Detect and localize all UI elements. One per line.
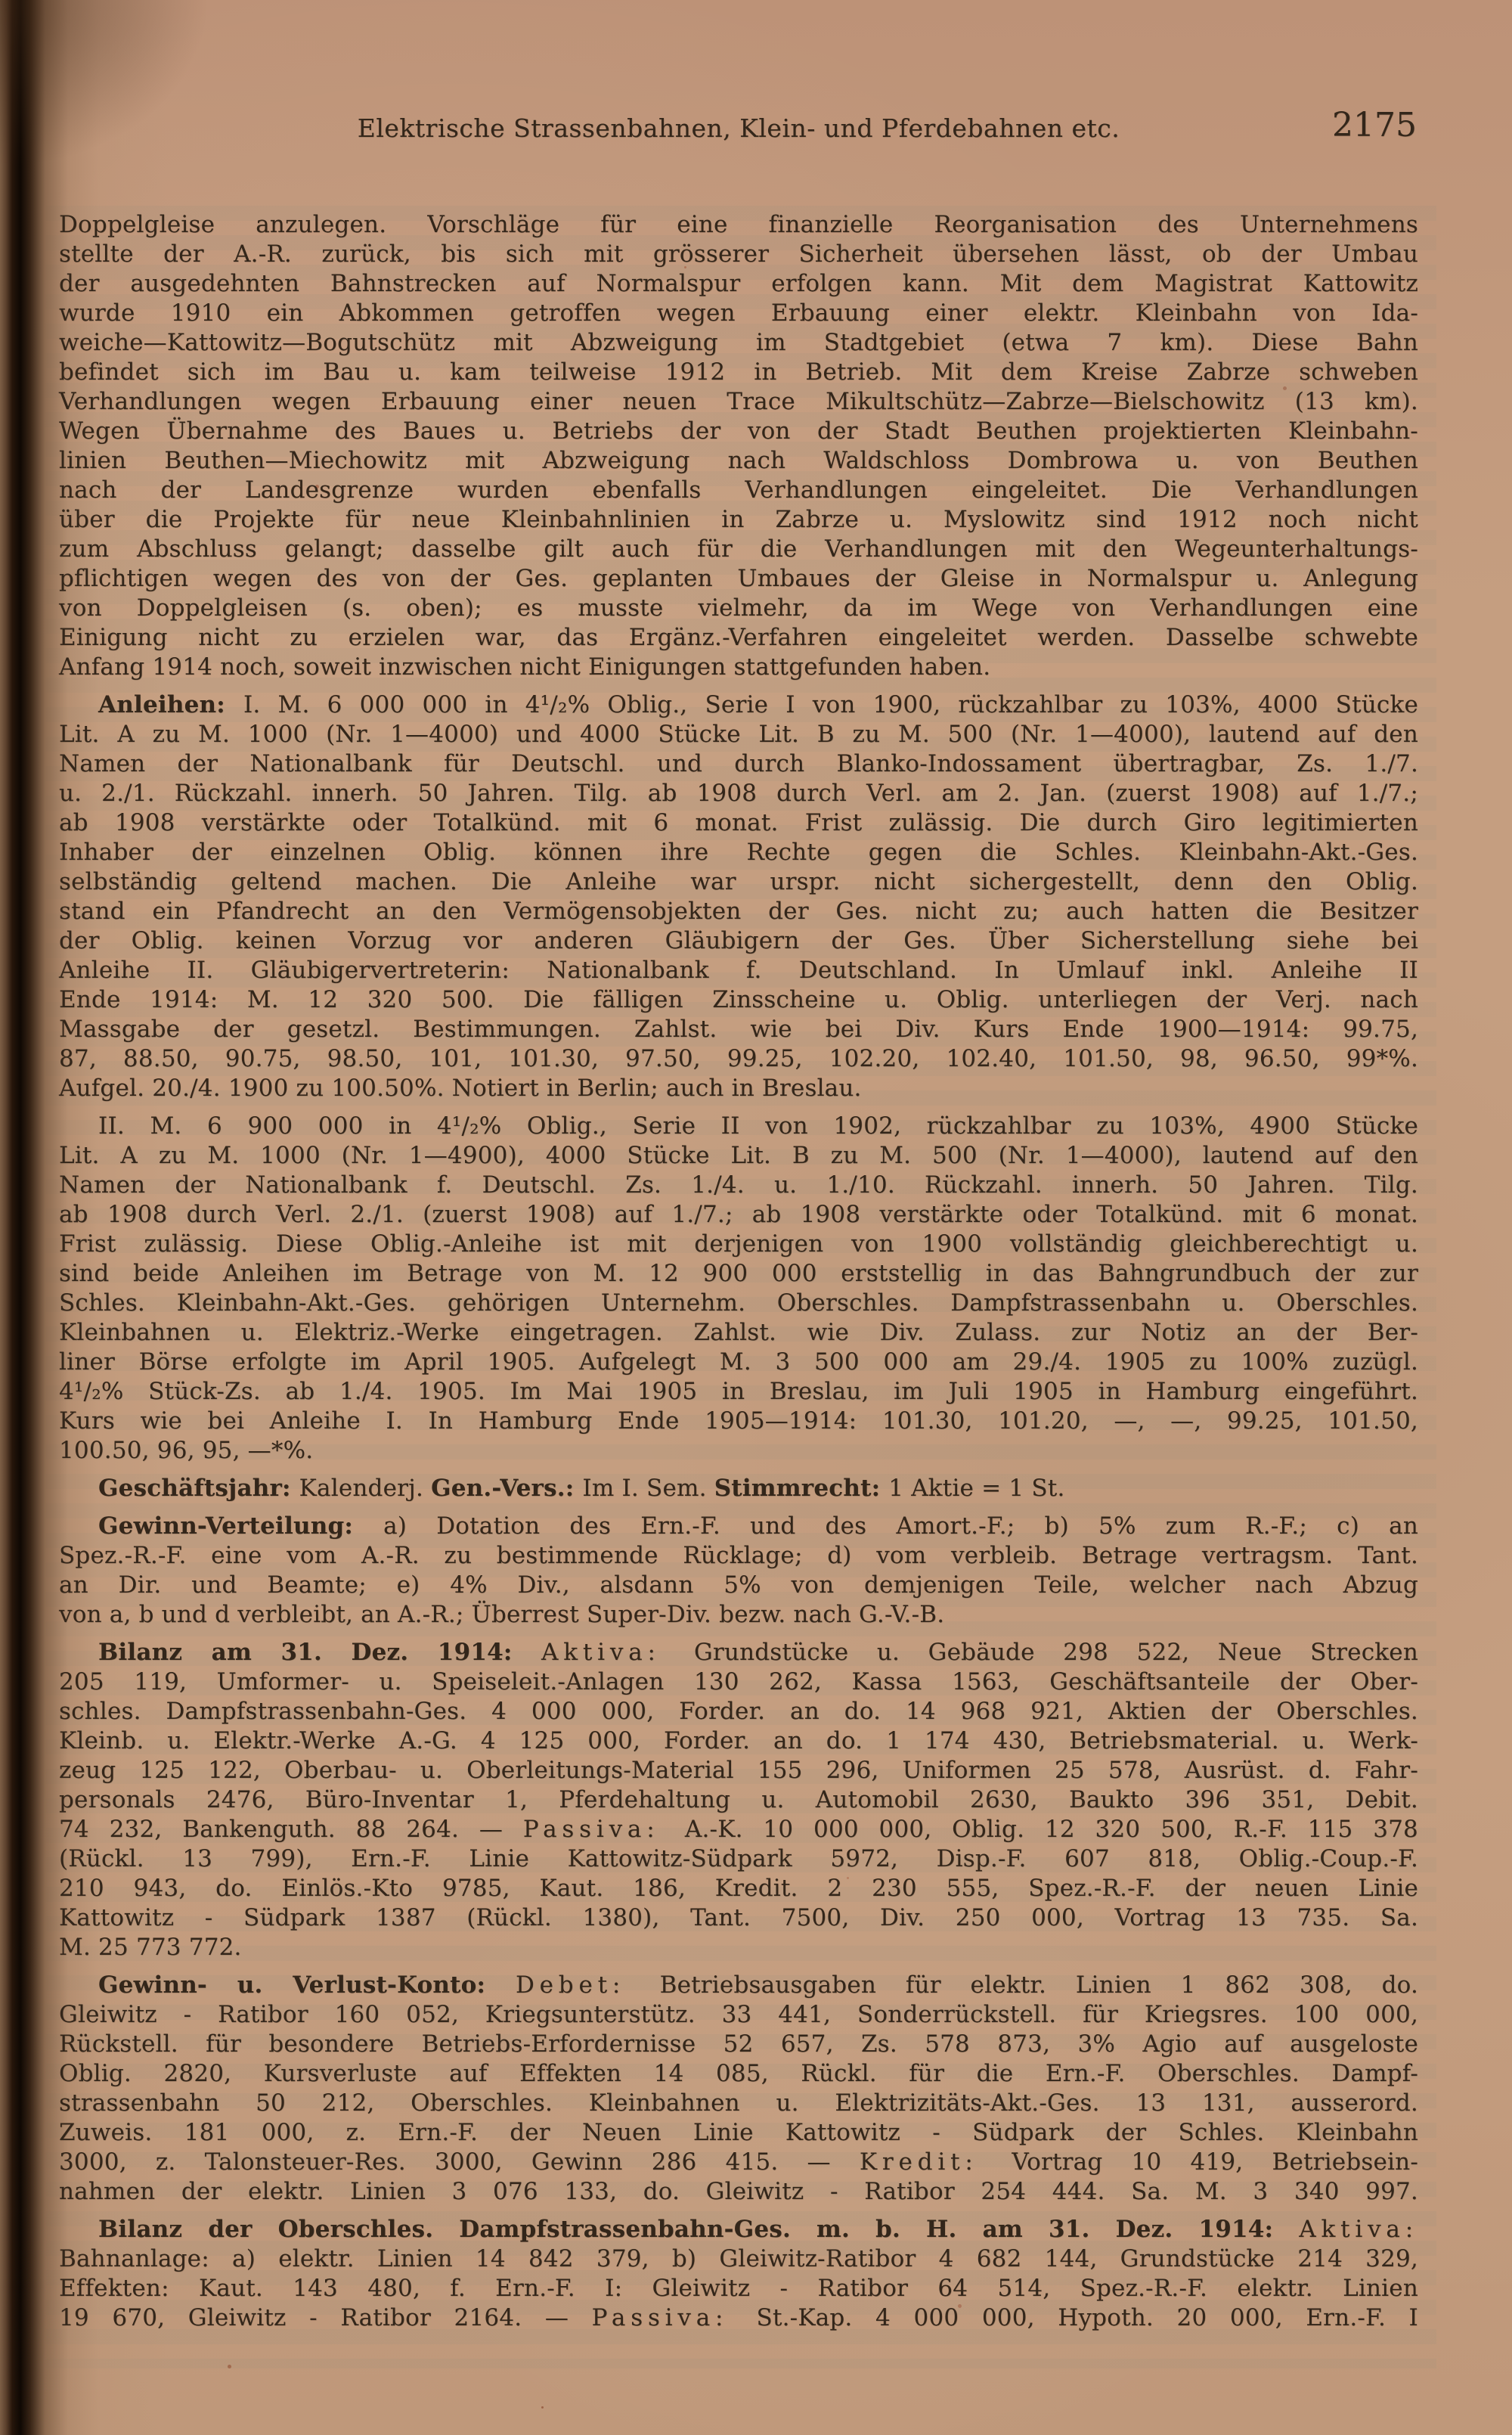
text-segment: Debet: (516, 1971, 660, 1999)
page-number: 2175 (1332, 106, 1417, 144)
text-segment: ab 1908 verstärkte oder Totalkünd. mit 6… (59, 809, 1418, 836)
text-segment: der ausgedehnten Bahnstrecken auf Normal… (59, 270, 1418, 297)
text-segment: Frist zulässig. Diese Oblig.-Anleihe ist… (59, 1230, 1418, 1258)
text-segment: a) Dotation des Ern.-F. und des Amort.-F… (383, 1512, 1418, 1540)
text-line: Aufgel. 20./4. 1900 zu 100.50%. Notiert … (59, 1074, 1418, 1103)
text-segment: Inhaber der einzelnen Oblig. können ihre… (59, 839, 1418, 866)
text-line: schles. Dampfstrassenbahn-Ges. 4 000 000… (59, 1697, 1418, 1726)
paragraph: Gewinn- u. Verlust-Konto: Debet: Betrieb… (59, 1971, 1418, 2207)
text-segment: von a, b und d verbleibt, an A.-R.; Über… (59, 1601, 944, 1628)
text-line: 4¹/₂% Stück-Zs. ab 1./4. 1905. Im Mai 19… (59, 1377, 1418, 1407)
text-line: Verhandlungen wegen Erbauung einer neuen… (59, 387, 1418, 417)
text-line: stellte der A.-R. zurück, bis sich mit g… (59, 240, 1418, 269)
text-segment: Kleinb. u. Elektr.-Werke A.-G. 4 125 000… (59, 1727, 1418, 1754)
text-line: 3000, z. Talonsteuer-Res. 3000, Gewinn 2… (59, 2148, 1418, 2177)
text-segment: 205 119, Umformer- u. Speiseleit.-Anlage… (59, 1668, 1418, 1695)
text-segment: Rückstell. für besondere Betriebs-Erford… (59, 2030, 1418, 2058)
text-line: II. M. 6 900 000 in 4¹/₂% Oblig., Serie … (59, 1112, 1418, 1141)
text-line: weiche—Kattowitz—Bogutschütz mit Abzweig… (59, 328, 1418, 358)
text-line: von a, b und d verbleibt, an A.-R.; Über… (59, 1600, 1418, 1630)
text-segment: Kleinbahnen u. Elektriz.-Werke eingetrag… (59, 1319, 1418, 1346)
text-line: Massgabe der gesetzl. Bestimmungen. Zahl… (59, 1015, 1418, 1044)
text-line: Gewinn-Verteilung: a) Dotation des Ern.-… (59, 1512, 1418, 1541)
paragraph: II. M. 6 900 000 in 4¹/₂% Oblig., Serie … (59, 1112, 1418, 1466)
text-segment: I. M. 6 000 000 in 4¹/₂% Oblig., Serie I… (243, 691, 1418, 718)
book-page-scan: Elektrische Strassenbahnen, Klein- und P… (0, 0, 1512, 2435)
text-segment: Wegen Übernahme des Baues u. Betriebs de… (59, 417, 1418, 445)
text-line: nahmen der elektr. Linien 3 076 133, do.… (59, 2177, 1418, 2207)
text-line: von Doppelgleisen (s. oben); es musste v… (59, 594, 1418, 623)
text-line: Bilanz der Oberschles. Dampfstrassenbahn… (59, 2215, 1418, 2244)
text-line: Frist zulässig. Diese Oblig.-Anleihe ist… (59, 1230, 1418, 1259)
text-segment: Schles. Kleinbahn-Akt.-Ges. gehörigen Un… (59, 1289, 1418, 1317)
text-segment: Betriebsausgaben für elektr. Linien 1 86… (660, 1971, 1418, 1999)
text-segment: A.-K. 10 000 000, Oblig. 12 320 500, R.-… (685, 1816, 1418, 1843)
text-segment: zeug 125 122, Oberbau- u. Oberleitungs-M… (59, 1757, 1418, 1784)
text-segment: nahmen der elektr. Linien 3 076 133, do.… (59, 2178, 1418, 2205)
text-segment: Zuweis. 181 000, z. Ern.-F. der Neuen Li… (59, 2119, 1418, 2146)
text-segment: schles. Dampfstrassenbahn-Ges. 4 000 000… (59, 1698, 1418, 1725)
emphasis-label: Gewinn-Verteilung: (98, 1512, 383, 1540)
text-segment: Anfang 1914 noch, soweit inzwischen nich… (59, 653, 990, 681)
text-segment: von Doppelgleisen (s. oben); es musste v… (59, 594, 1418, 622)
text-line: Anleihe II. Gläubigervertreterin: Nation… (59, 956, 1418, 985)
text-segment: 1 Aktie = 1 St. (888, 1475, 1064, 1502)
text-line: 205 119, Umformer- u. Speiseleit.-Anlage… (59, 1667, 1418, 1697)
text-segment: Aufgel. 20./4. 1900 zu 100.50%. Notiert … (59, 1075, 862, 1102)
text-line: 210 943, do. Einlös.-Kto 9785, Kaut. 186… (59, 1874, 1418, 1903)
text-segment: II. M. 6 900 000 in 4¹/₂% Oblig., Serie … (98, 1112, 1418, 1140)
emphasis-label: Gewinn- u. Verlust-Konto: (98, 1971, 516, 1999)
emphasis-label: Stimmrecht: (714, 1475, 889, 1502)
text-segment: ab 1908 durch Verl. 2./1. (zuerst 1908) … (59, 1201, 1418, 1228)
text-line: Effekten: Kaut. 143 480, f. Ern.-F. I: G… (59, 2274, 1418, 2303)
text-segment: Einigung nicht zu erzielen war, das Ergä… (59, 624, 1418, 651)
text-line: Inhaber der einzelnen Oblig. können ihre… (59, 838, 1418, 867)
text-segment: Grundstücke u. Gebäude 298 522, Neue Str… (694, 1639, 1418, 1666)
text-segment: an Dir. und Beamte; e) 4% Div., alsdann … (59, 1571, 1418, 1599)
text-line: der Oblig. keinen Vorzug vor anderen Glä… (59, 926, 1418, 956)
text-segment: Kalenderj. (299, 1475, 431, 1502)
text-line: M. 25 773 772. (59, 1933, 1418, 1962)
text-line: an Dir. und Beamte; e) 4% Div., alsdann … (59, 1571, 1418, 1600)
text-segment: (Rückl. 13 799), Ern.-F. Linie Kattowitz… (59, 1845, 1418, 1872)
text-segment: Namen der Nationalbank f. Deutschl. Zs. … (59, 1171, 1418, 1199)
text-line: Kattowitz - Südpark 1387 (Rückl. 1380), … (59, 1903, 1418, 1933)
text-line: Gewinn- u. Verlust-Konto: Debet: Betrieb… (59, 1971, 1418, 2000)
text-segment: nach der Landesgrenze wurden ebenfalls V… (59, 476, 1418, 504)
text-segment: befindet sich im Bau u. kam teilweise 19… (59, 358, 1418, 386)
text-line: Wegen Übernahme des Baues u. Betriebs de… (59, 417, 1418, 446)
emphasis-label: Gen.-Vers.: (431, 1475, 582, 1502)
page-header: Elektrische Strassenbahnen, Klein- und P… (59, 113, 1418, 143)
text-line: ab 1908 durch Verl. 2./1. (zuerst 1908) … (59, 1200, 1418, 1230)
paragraph: Anleihen: I. M. 6 000 000 in 4¹/₂% Oblig… (59, 690, 1418, 1103)
text-segment: der Oblig. keinen Vorzug vor anderen Glä… (59, 927, 1418, 954)
text-segment: linien Beuthen—Miechowitz mit Abzweigung… (59, 447, 1418, 474)
text-line: nach der Landesgrenze wurden ebenfalls V… (59, 476, 1418, 505)
text-segment: Spez.-R.-F. eine vom A.-R. zu bestimmend… (59, 1542, 1418, 1569)
text-segment: Kredit: (860, 2148, 1012, 2176)
text-line: strassenbahn 50 212, Oberschles. Kleinba… (59, 2089, 1418, 2118)
text-line: der ausgedehnten Bahnstrecken auf Normal… (59, 269, 1418, 299)
text-segment: Anleihe II. Gläubigervertreterin: Nation… (59, 957, 1418, 984)
text-line: Namen der Nationalbank für Deutschl. und… (59, 749, 1418, 779)
paragraph: Gewinn-Verteilung: a) Dotation des Ern.-… (59, 1512, 1418, 1630)
text-line: liner Börse erfolgte im April 1905. Aufg… (59, 1348, 1418, 1377)
text-segment: personals 2476, Büro-Inventar 1, Pferdeh… (59, 1786, 1418, 1813)
paper-specks (0, 0, 2, 2)
text-line: 19 670, Gleiwitz - Ratibor 2164. — Passi… (59, 2303, 1418, 2333)
text-line: über die Projekte für neue Kleinbahnlini… (59, 505, 1418, 535)
text-line: Schles. Kleinbahn-Akt.-Ges. gehörigen Un… (59, 1289, 1418, 1318)
text-segment: Aktiva: (541, 1639, 694, 1666)
paragraph: Doppelgleise anzulegen. Vorschläge für e… (59, 210, 1418, 682)
text-line: befindet sich im Bau u. kam teilweise 19… (59, 358, 1418, 387)
text-segment: Verhandlungen wegen Erbauung einer neuen… (59, 388, 1418, 415)
text-segment: sind beide Anleihen im Betrage von M. 12… (59, 1260, 1418, 1287)
text-line: Geschäftsjahr: Kalenderj. Gen.-Vers.: Im… (59, 1474, 1418, 1503)
text-segment: 3000, z. Talonsteuer-Res. 3000, Gewinn 2… (59, 2148, 860, 2176)
text-line: wurde 1910 ein Abkommen getroffen wegen … (59, 299, 1418, 328)
text-line: zeug 125 122, Oberbau- u. Oberleitungs-M… (59, 1756, 1418, 1785)
text-line: personals 2476, Büro-Inventar 1, Pferdeh… (59, 1785, 1418, 1815)
page-text: Doppelgleise anzulegen. Vorschläge für e… (59, 210, 1418, 2333)
text-line: Kurs wie bei Anleihe I. In Hamburg Ende … (59, 1407, 1418, 1436)
text-line: Lit. A zu M. 1000 (Nr. 1—4900), 4000 Stü… (59, 1141, 1418, 1171)
text-line: Doppelgleise anzulegen. Vorschläge für e… (59, 210, 1418, 240)
text-line: selbständig geltend machen. Die Anleihe … (59, 867, 1418, 897)
text-segment: Oblig. 2820, Kursverluste auf Effekten 1… (59, 2060, 1418, 2087)
text-line: Anleihen: I. M. 6 000 000 in 4¹/₂% Oblig… (59, 690, 1418, 720)
text-line: Rückstell. für besondere Betriebs-Erford… (59, 2030, 1418, 2059)
text-line: Bahnanlage: a) elektr. Linien 14 842 379… (59, 2244, 1418, 2274)
text-segment: 87, 88.50, 90.75, 98.50, 101, 101.30, 97… (59, 1045, 1418, 1072)
text-segment: Lit. A zu M. 1000 (Nr. 1—4000) und 4000 … (59, 721, 1418, 748)
emphasis-label: Geschäftsjahr: (98, 1475, 299, 1502)
text-line: Bilanz am 31. Dez. 1914: Aktiva: Grundst… (59, 1638, 1418, 1667)
text-segment: Kurs wie bei Anleihe I. In Hamburg Ende … (59, 1407, 1418, 1435)
text-line: u. 2./1. Rückzahl. innerh. 50 Jahren. Ti… (59, 779, 1418, 808)
text-segment: Passiva: (592, 2304, 757, 2331)
text-segment: Im I. Sem. (582, 1475, 714, 1502)
text-segment: Passiva: (523, 1816, 685, 1843)
text-line: Anfang 1914 noch, soweit inzwischen nich… (59, 653, 1418, 682)
paragraph: Geschäftsjahr: Kalenderj. Gen.-Vers.: Im… (59, 1474, 1418, 1503)
text-line: Kleinbahnen u. Elektriz.-Werke eingetrag… (59, 1318, 1418, 1348)
text-segment: weiche—Kattowitz—Bogutschütz mit Abzweig… (59, 329, 1418, 356)
text-segment: 4¹/₂% Stück-Zs. ab 1./4. 1905. Im Mai 19… (59, 1378, 1418, 1405)
text-line: sind beide Anleihen im Betrage von M. 12… (59, 1259, 1418, 1289)
text-segment: St.-Kap. 4 000 000, Hypoth. 20 000, Ern.… (757, 2304, 1419, 2331)
text-segment: pflichtigen wegen des von der Ges. gepla… (59, 565, 1418, 592)
text-segment: Namen der Nationalbank für Deutschl. und… (59, 750, 1418, 777)
running-header-title: Elektrische Strassenbahnen, Klein- und P… (59, 113, 1418, 143)
text-line: zum Abschluss gelangt; dasselbe gilt auc… (59, 535, 1418, 564)
text-line: Lit. A zu M. 1000 (Nr. 1—4000) und 4000 … (59, 720, 1418, 749)
text-segment: 74 232, Bankenguth. 88 264. — (59, 1816, 523, 1843)
text-line: 74 232, Bankenguth. 88 264. — Passiva: A… (59, 1815, 1418, 1844)
text-line: 100.50, 96, 95, —*%. (59, 1436, 1418, 1466)
text-segment: zum Abschluss gelangt; dasselbe gilt auc… (59, 535, 1418, 563)
page-corner-shadow (0, 0, 227, 181)
text-segment: 100.50, 96, 95, —*%. (59, 1437, 313, 1464)
emphasis-label: Bilanz der Oberschles. Dampfstrassenbahn… (98, 2216, 1299, 2243)
text-line: stand ein Pfandrecht an den Vermögensobj… (59, 897, 1418, 926)
text-segment: 210 943, do. Einlös.-Kto 9785, Kaut. 186… (59, 1875, 1418, 1902)
text-segment: stellte der A.-R. zurück, bis sich mit g… (59, 240, 1418, 268)
paragraph: Bilanz am 31. Dez. 1914: Aktiva: Grundst… (59, 1638, 1418, 1962)
text-segment: Doppelgleise anzulegen. Vorschläge für e… (59, 211, 1418, 238)
text-segment: liner Börse erfolgte im April 1905. Aufg… (59, 1348, 1418, 1376)
text-segment: Massgabe der gesetzl. Bestimmungen. Zahl… (59, 1016, 1418, 1043)
text-segment: Aktiva: (1299, 2216, 1418, 2243)
text-segment: 19 670, Gleiwitz - Ratibor 2164. — (59, 2304, 592, 2331)
text-line: ab 1908 verstärkte oder Totalkünd. mit 6… (59, 808, 1418, 838)
emphasis-label: Bilanz am 31. Dez. 1914: (98, 1639, 541, 1666)
text-segment: selbständig geltend machen. Die Anleihe … (59, 868, 1418, 895)
text-segment: wurde 1910 ein Abkommen getroffen wegen … (59, 299, 1418, 327)
text-line: linien Beuthen—Miechowitz mit Abzweigung… (59, 446, 1418, 476)
text-line: (Rückl. 13 799), Ern.-F. Linie Kattowitz… (59, 1844, 1418, 1874)
text-line: Gleiwitz - Ratibor 160 052, Kriegsunters… (59, 2000, 1418, 2030)
text-segment: Lit. A zu M. 1000 (Nr. 1—4900), 4000 Stü… (59, 1142, 1418, 1169)
text-line: Ende 1914: M. 12 320 500. Die fälligen Z… (59, 985, 1418, 1015)
text-line: 87, 88.50, 90.75, 98.50, 101, 101.30, 97… (59, 1044, 1418, 1074)
text-line: Namen der Nationalbank f. Deutschl. Zs. … (59, 1171, 1418, 1200)
text-segment: über die Projekte für neue Kleinbahnlini… (59, 506, 1418, 533)
text-line: Einigung nicht zu erzielen war, das Ergä… (59, 623, 1418, 653)
text-segment: u. 2./1. Rückzahl. innerh. 50 Jahren. Ti… (59, 780, 1418, 807)
emphasis-label: Anleihen: (98, 691, 243, 718)
text-segment: Vortrag 10 419, Betriebsein- (1012, 2148, 1418, 2176)
text-segment: Ende 1914: M. 12 320 500. Die fälligen Z… (59, 986, 1418, 1013)
text-segment: stand ein Pfandrecht an den Vermögensobj… (59, 898, 1418, 925)
text-segment: Bahnanlage: a) elektr. Linien 14 842 379… (59, 2245, 1418, 2272)
text-line: Oblig. 2820, Kursverluste auf Effekten 1… (59, 2059, 1418, 2089)
text-segment: M. 25 773 772. (59, 1934, 242, 1961)
text-line: Zuweis. 181 000, z. Ern.-F. der Neuen Li… (59, 2118, 1418, 2148)
text-segment: Effekten: Kaut. 143 480, f. Ern.-F. I: G… (59, 2275, 1418, 2302)
text-line: pflichtigen wegen des von der Ges. gepla… (59, 564, 1418, 594)
text-segment: strassenbahn 50 212, Oberschles. Kleinba… (59, 2089, 1418, 2117)
paragraph: Bilanz der Oberschles. Dampfstrassenbahn… (59, 2215, 1418, 2333)
text-segment: Gleiwitz - Ratibor 160 052, Kriegsunters… (59, 2001, 1418, 2028)
text-segment: Kattowitz - Südpark 1387 (Rückl. 1380), … (59, 1904, 1418, 1931)
text-line: Kleinb. u. Elektr.-Werke A.-G. 4 125 000… (59, 1726, 1418, 1756)
text-line: Spez.-R.-F. eine vom A.-R. zu bestimmend… (59, 1541, 1418, 1571)
